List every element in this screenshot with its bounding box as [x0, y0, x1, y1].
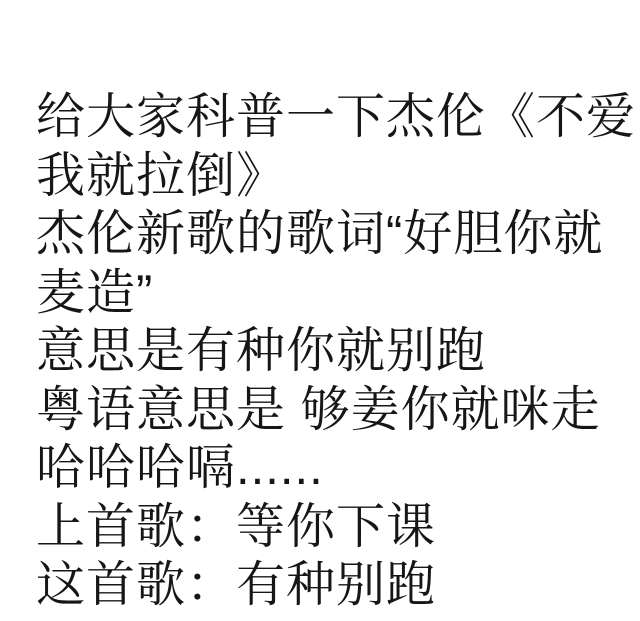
- text-line: 哈哈哈嗝......: [36, 439, 636, 498]
- text-line: 意思是有种你就别跑: [36, 322, 636, 381]
- text-line: 杰伦新歌的歌词“好胆你就: [36, 205, 636, 264]
- text-line: 我就拉倒》: [36, 147, 636, 206]
- text-line: 麦造”: [36, 264, 636, 323]
- text-block: 给大家科普一下杰伦《不爱 我就拉倒》 杰伦新歌的歌词“好胆你就 麦造” 意思是有…: [36, 88, 636, 615]
- text-line: 这首歌：有种别跑: [36, 556, 636, 615]
- text-line: 给大家科普一下杰伦《不爱: [36, 88, 636, 147]
- text-line: 上首歌：等你下课: [36, 498, 636, 557]
- text-image-canvas: 给大家科普一下杰伦《不爱 我就拉倒》 杰伦新歌的歌词“好胆你就 麦造” 意思是有…: [0, 0, 640, 621]
- text-line: 粤语意思是 够姜你就咪走: [36, 381, 636, 440]
